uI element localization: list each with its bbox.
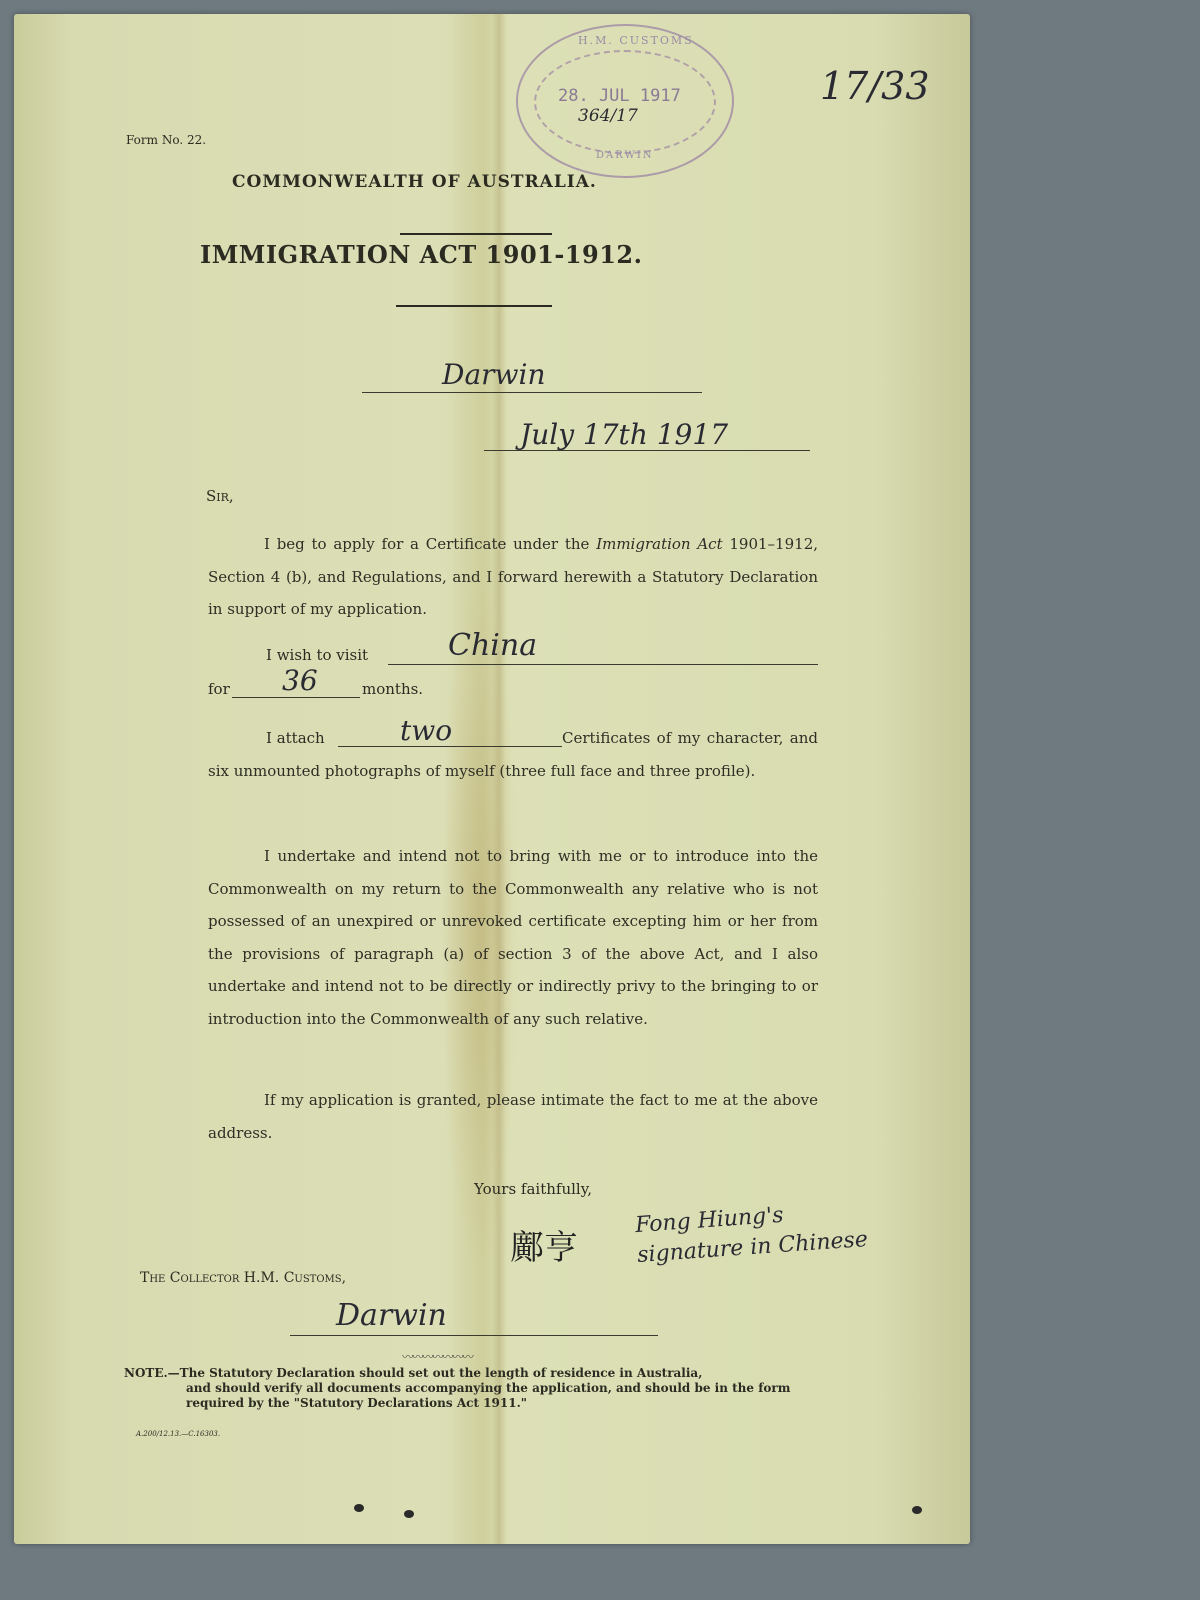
valediction: Yours faithfully, (474, 1180, 592, 1198)
form-number: Form No. 22. (126, 133, 206, 147)
punch-hole (354, 1504, 364, 1512)
months-label: months. (362, 680, 423, 698)
stamp-bottom-text: DARWIN (596, 150, 654, 161)
footnote-rest: and should verify all documents accompan… (124, 1381, 800, 1411)
stamp-number: 364/17 (578, 106, 638, 126)
ornament-rule: 〰〰〰〰〰〰〰 (402, 1348, 472, 1365)
stamp-top-text: H.M. CUSTOMS (578, 34, 694, 47)
act-title: IMMIGRATION ACT 1901-1912. (200, 240, 642, 269)
p1-italic: Immigration Act (596, 535, 722, 553)
visit-label: I wish to visit (266, 646, 368, 664)
visit-line (388, 664, 818, 665)
address-line (362, 392, 702, 393)
title-rule (400, 233, 552, 235)
undertaking-paragraph: I undertake and intend not to bring with… (208, 840, 818, 1035)
addressee-label: The Collector H.M. Customs, (140, 1270, 346, 1286)
stamp-date: 28. JUL 1917 (558, 86, 681, 106)
application-paragraph: I beg to apply for a Certificate under t… (208, 528, 818, 626)
document-title: COMMONWEALTH OF AUSTRALIA. (232, 172, 597, 192)
months-line (232, 697, 360, 698)
file-reference: 17/33 (820, 64, 930, 108)
addressee-place: Darwin (336, 1298, 447, 1333)
salutation: Sir, (206, 487, 234, 505)
attach-paragraph: Certificates of my character, and six un… (208, 722, 818, 787)
address-place: Darwin (442, 358, 545, 391)
request-paragraph: If my application is granted, please int… (208, 1084, 818, 1149)
visit-value: China (448, 628, 537, 663)
printer-code: A.200/12.13.—C.16303. (136, 1430, 220, 1438)
chinese-signature: 鄺亨 (510, 1220, 578, 1269)
act-rule (396, 305, 552, 307)
months-value: 36 (282, 664, 318, 697)
footnote-lead: NOTE.—The Statutory Declaration should s… (124, 1366, 702, 1380)
for-label: for (208, 680, 230, 698)
address-date: July 17th 1917 (520, 418, 728, 451)
punch-hole (404, 1510, 414, 1518)
addressee-line (290, 1335, 658, 1336)
punch-hole (912, 1506, 922, 1514)
p1-text: I beg to apply for a Certificate under t… (264, 535, 596, 553)
footnote: NOTE.—The Statutory Declaration should s… (124, 1366, 800, 1411)
